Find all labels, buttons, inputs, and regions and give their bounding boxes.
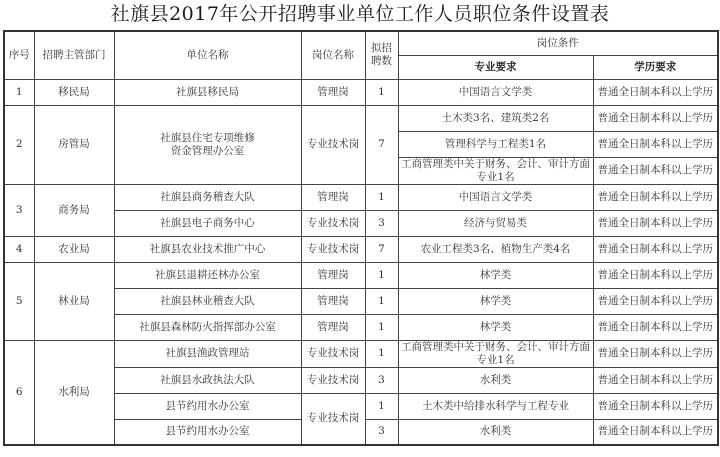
cell-count: 7 [365, 236, 398, 262]
header-department: 招聘主管部门 [34, 31, 114, 79]
cell-education: 普通全日制本科以上学历 [593, 262, 718, 288]
cell-seq: 2 [4, 105, 34, 184]
header-conditions: 岗位条件 [398, 31, 718, 55]
cell-seq: 3 [4, 184, 34, 236]
cell-seq: 1 [4, 79, 34, 105]
table-row: 5 林业局 社旗县退耕还林办公室 管理岗 1 林学类 普通全日制本科以上学历 [4, 262, 718, 288]
cell-major: 经济与贸易类 [398, 210, 593, 236]
cell-education: 普通全日制本科以上学历 [593, 236, 718, 262]
cell-count: 1 [365, 393, 398, 419]
cell-major: 水利类 [398, 419, 593, 445]
cell-count: 1 [365, 262, 398, 288]
table-row: 1 移民局 社旗县移民局 管理岗 1 中国语言文学类 普通全日制本科以上学历 [4, 79, 718, 105]
cell-unit: 社旗县商务稽查大队 [114, 184, 301, 210]
cell-unit-line2: 资金管理办公室 [117, 145, 299, 158]
header-row: 序号 招聘主管部门 单位名称 岗位名称 拟招 聘数 岗位条件 [4, 31, 718, 55]
table-row: 4 农业局 社旗县农业技术推广中心 专业技术岗 7 农业工程类3名、植物生产类4… [4, 236, 718, 262]
cell-unit: 社旗县农业技术推广中心 [114, 236, 301, 262]
cell-count: 7 [365, 105, 398, 184]
cell-position: 专业技术岗 [301, 393, 365, 445]
cell-unit: 县节约用水办公室 [114, 393, 301, 419]
cell-count: 3 [365, 210, 398, 236]
header-count-line2: 聘数 [368, 55, 396, 68]
header-count: 拟招 聘数 [365, 31, 398, 79]
cell-education: 普通全日制本科以上学历 [593, 184, 718, 210]
cell-education: 普通全日制本科以上学历 [593, 157, 718, 184]
header-position: 岗位名称 [301, 31, 365, 79]
cell-education: 普通全日制本科以上学历 [593, 210, 718, 236]
cell-unit: 社旗县住宅专项维修 资金管理办公室 [114, 105, 301, 184]
cell-unit: 县节约用水办公室 [114, 419, 301, 445]
cell-seq: 6 [4, 340, 34, 445]
cell-position: 专业技术岗 [301, 340, 365, 367]
cell-position: 专业技术岗 [301, 236, 365, 262]
table-row: 6 水利局 社旗县渔政管理站 专业技术岗 1 工商管理类中关于财务、会计、审计方… [4, 340, 718, 367]
cell-department: 移民局 [34, 79, 114, 105]
cell-major: 林学类 [398, 314, 593, 340]
header-major: 专业要求 [398, 55, 593, 79]
cell-education: 普通全日制本科以上学历 [593, 79, 718, 105]
header-seq: 序号 [4, 31, 34, 79]
cell-education: 普通全日制本科以上学历 [593, 288, 718, 314]
cell-seq: 4 [4, 236, 34, 262]
cell-count: 1 [365, 79, 398, 105]
cell-education: 普通全日制本科以上学历 [593, 131, 718, 157]
cell-major: 土木类中给排水科学与工程专业 [398, 393, 593, 419]
cell-position: 管理岗 [301, 184, 365, 210]
cell-education: 普通全日制本科以上学历 [593, 340, 718, 367]
cell-count: 1 [365, 340, 398, 367]
cell-position: 专业技术岗 [301, 210, 365, 236]
cell-education: 普通全日制本科以上学历 [593, 105, 718, 131]
cell-major: 土木类3名、建筑类2名 [398, 105, 593, 131]
cell-major: 林学类 [398, 262, 593, 288]
cell-major: 农业工程类3名、植物生产类4名 [398, 236, 593, 262]
cell-unit: 社旗县森林防火指挥部办公室 [114, 314, 301, 340]
recruitment-table: 序号 招聘主管部门 单位名称 岗位名称 拟招 聘数 岗位条件 专业要求 学历要求… [3, 30, 719, 446]
cell-position: 管理岗 [301, 288, 365, 314]
cell-major: 中国语言文学类 [398, 184, 593, 210]
cell-count: 3 [365, 367, 398, 393]
cell-major: 工商管理类中关于财务、会计、审计方面专业1名 [398, 340, 593, 367]
cell-major: 中国语言文学类 [398, 79, 593, 105]
cell-department: 水利局 [34, 340, 114, 445]
table-row: 3 商务局 社旗县商务稽查大队 管理岗 1 中国语言文学类 普通全日制本科以上学… [4, 184, 718, 210]
cell-position: 管理岗 [301, 262, 365, 288]
page-title: 社旗县2017年公开招聘事业单位工作人员职位条件设置表 [0, 2, 720, 26]
cell-count: 1 [365, 314, 398, 340]
cell-unit: 社旗县移民局 [114, 79, 301, 105]
cell-major: 管理科学与工程类1名 [398, 131, 593, 157]
cell-unit: 社旗县渔政管理站 [114, 340, 301, 367]
cell-seq: 5 [4, 262, 34, 340]
cell-major: 水利类 [398, 367, 593, 393]
cell-count: 1 [365, 184, 398, 210]
cell-count: 3 [365, 419, 398, 445]
cell-department: 商务局 [34, 184, 114, 236]
cell-position: 专业技术岗 [301, 105, 365, 184]
cell-education: 普通全日制本科以上学历 [593, 314, 718, 340]
cell-position: 管理岗 [301, 314, 365, 340]
cell-education: 普通全日制本科以上学历 [593, 393, 718, 419]
cell-education: 普通全日制本科以上学历 [593, 367, 718, 393]
cell-position: 管理岗 [301, 79, 365, 105]
cell-department: 房管局 [34, 105, 114, 184]
cell-unit: 社旗县水政执法大队 [114, 367, 301, 393]
header-education: 学历要求 [593, 55, 718, 79]
cell-position: 专业技术岗 [301, 367, 365, 393]
cell-count: 1 [365, 288, 398, 314]
header-unit: 单位名称 [114, 31, 301, 79]
cell-department: 农业局 [34, 236, 114, 262]
table-row: 2 房管局 社旗县住宅专项维修 资金管理办公室 专业技术岗 7 土木类3名、建筑… [4, 105, 718, 131]
cell-unit: 社旗县林业稽查大队 [114, 288, 301, 314]
cell-unit: 社旗县电子商务中心 [114, 210, 301, 236]
cell-major: 林学类 [398, 288, 593, 314]
cell-department: 林业局 [34, 262, 114, 340]
cell-unit: 社旗县退耕还林办公室 [114, 262, 301, 288]
cell-major: 工商管理类中关于财务、会计、审计方面专业1名 [398, 157, 593, 184]
cell-education: 普通全日制本科以上学历 [593, 419, 718, 445]
cell-unit-line1: 社旗县住宅专项维修 [117, 132, 299, 145]
header-count-line1: 拟招 [368, 42, 396, 55]
